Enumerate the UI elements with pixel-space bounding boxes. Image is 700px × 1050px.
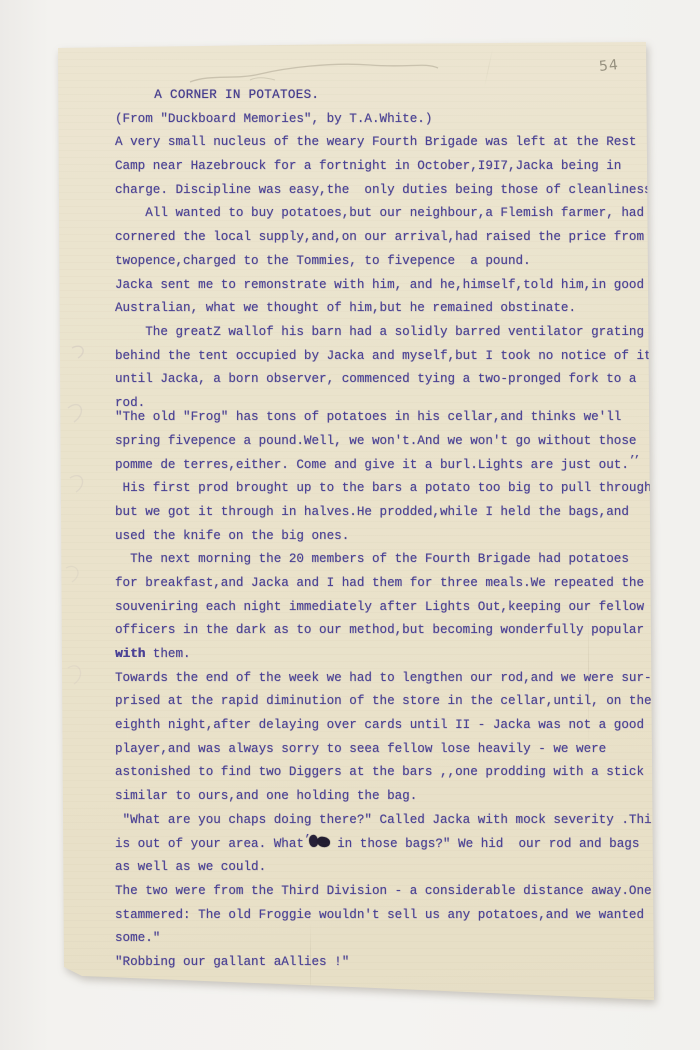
text-line: but we got it through in halves.He prodd… [115,501,655,525]
text-line: as well as we could. [115,856,655,880]
text-line: His first prod brought up to the bars a … [115,477,655,501]
text-segment: with [115,647,145,661]
document-page: 54 A CORNER IN POTATOES.(From "Duckboard… [52,38,664,1016]
text-line: "Robbing our gallant aAllies !" [115,951,655,975]
paper-crease [310,923,311,998]
text-line: player,and was always sorry to seea fell… [115,738,655,762]
text-line: stammered: The old Froggie wouldn't sell… [115,904,655,928]
paper-crease [588,608,589,748]
text-line: Camp near Hazebrouck for a fortnight in … [115,155,655,179]
paper-crease [484,48,493,87]
text-line: The two were from the Third Division - a… [115,880,655,904]
text-line: for breakfast,and Jacka and I had them f… [115,572,655,596]
text-segment: is out of your area. What [115,837,304,851]
text-line: cornered the local supply,and,on our arr… [115,226,655,250]
text-segment: ’’ [629,455,638,467]
text-line: The greatZ wallof his barn had a solidly… [115,321,655,345]
scan-background: 54 A CORNER IN POTATOES.(From "Duckboard… [0,0,700,1050]
text-line: A very small nucleus of the weary Fourth… [115,131,655,155]
text-line: with them. [115,643,655,667]
text-line: eighth night,after delaying over cards u… [115,714,655,738]
byline-line: (From "Duckboard Memories", by T.A.White… [115,108,655,132]
text-segment: them. [145,647,190,661]
text-line: behind the tent occupied by Jacka and my… [115,345,655,369]
pencil-mark-icon [180,54,450,88]
page-number-pencil: 54 [598,57,619,75]
paper-shadow-wrap: 54 A CORNER IN POTATOES.(From "Duckboard… [52,38,664,1016]
ink-blot [309,837,330,848]
text-line: pomme de terres,either. Come and give it… [115,454,655,478]
text-line: charge. Discipline was easy,the only dut… [115,179,655,203]
text-line: officers in the dark as to our method,bu… [115,619,655,643]
text-line: souveniring each night immediately after… [115,596,655,620]
text-line: similar to ours,and one holding the bag. [115,785,655,809]
text-line: Jacka sent me to remonstrate with him, a… [115,274,655,298]
text-line: All wanted to buy potatoes,but our neigh… [115,202,655,226]
text-line: some." [115,927,655,951]
text-line: "What are you chaps doing there?" Called… [115,809,655,833]
text-line: is out of your area. What’ in those bags… [115,833,655,857]
text-line: prised at the rapid diminution of the st… [115,690,655,714]
text-line: astonished to find two Diggers at the ba… [115,761,655,785]
text-line: Australian, what we thought of him,but h… [115,297,655,321]
title-line: A CORNER IN POTATOES. [115,84,655,108]
text-line: "The old "Frog" has tons of potatoes in … [115,406,655,430]
typewritten-text: A CORNER IN POTATOES.(From "Duckboard Me… [115,84,655,975]
text-line: twopence,charged to the Tommies, to five… [115,250,655,274]
text-segment: in those bags?" We hid our rod and bags [330,837,640,851]
pencil-ghost-marks-icon [54,338,114,768]
text-segment: pomme de terres,either. Come and give it… [115,458,629,472]
text-line: used the knife on the big ones. [115,525,655,549]
text-line: until Jacka, a born observer, commenced … [115,368,655,392]
text-line: Towards the end of the week we had to le… [115,667,655,691]
text-line: The next morning the 20 members of the F… [115,548,655,572]
text-line: spring fivepence a pound.Well, we won't.… [115,430,655,454]
